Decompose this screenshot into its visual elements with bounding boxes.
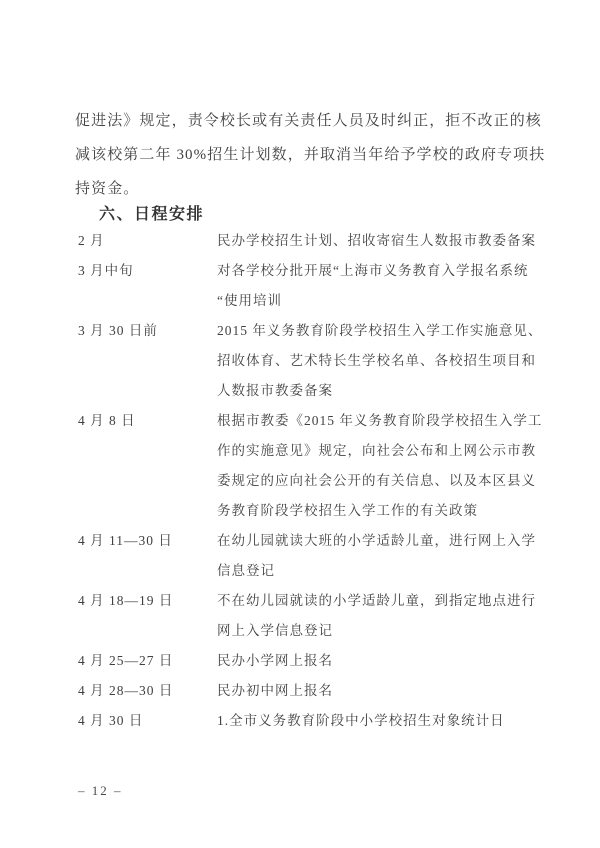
schedule-desc: 不在幼儿园就读的小学适龄儿童，到指定地点进行 网上入学信息登记 (217, 586, 536, 646)
schedule-desc-line: 信息登记 (217, 556, 536, 586)
schedule-desc-line: 2015 年义务教育阶段学校招生入学工作实施意见、 (217, 316, 542, 346)
schedule-desc-line: 作的实施意见》规定，向社会公布和上网公示市教 (217, 436, 542, 466)
schedule-row: 4 月 11—30 日 在幼儿园就读大班的小学适龄儿童，进行网上入学 信息登记 (78, 526, 533, 586)
schedule-date: 4 月 11—30 日 (78, 526, 217, 556)
schedule-desc-line: 民办初中网上报名 (217, 676, 533, 706)
schedule-desc: 民办小学网上报名 (217, 646, 533, 676)
schedule-date: 4 月 18—19 日 (78, 586, 217, 616)
schedule-desc-line: 务教育阶段学校招生入学工作的有关政策 (217, 496, 542, 526)
schedule-desc-line: 对各学校分批开展“上海市义务教育入学报名系统 (217, 256, 533, 286)
schedule-desc: 在幼儿园就读大班的小学适龄儿童，进行网上入学 信息登记 (217, 526, 536, 586)
schedule-desc-line: 不在幼儿园就读的小学适龄儿童，到指定地点进行 (217, 586, 536, 616)
schedule-date: 2 月 (78, 226, 217, 256)
schedule-desc-line: 1.全市义务教育阶段中小学校招生对象统计日 (217, 706, 533, 736)
body-paragraph: 促进法》规定，责令校长或有关责任人员及时纠正，拒不改正的核 减该校第二年 30%… (75, 104, 535, 206)
schedule-desc: 民办学校招生计划、招收寄宿生人数报市教委备案 (217, 226, 536, 256)
schedule-date: 3 月 30 日前 (78, 316, 217, 346)
schedule-row: 3 月中旬 对各学校分批开展“上海市义务教育入学报名系统 “使用培训 (78, 256, 533, 316)
schedule-desc: 根据市教委《2015 年义务教育阶段学校招生入学工 作的实施意见》规定，向社会公… (217, 406, 542, 526)
schedule-desc-line: 人数报市教委备案 (217, 376, 542, 406)
schedule-desc-line: 在幼儿园就读大班的小学适龄儿童，进行网上入学 (217, 526, 536, 556)
schedule-date: 4 月 8 日 (78, 406, 217, 436)
schedule-desc-line: “使用培训 (217, 286, 533, 316)
schedule-row: 4 月 30 日 1.全市义务教育阶段中小学校招生对象统计日 (78, 706, 533, 736)
schedule-row: 4 月 25—27 日 民办小学网上报名 (78, 646, 533, 676)
schedule-desc-line: 网上入学信息登记 (217, 616, 536, 646)
schedule-desc: 民办初中网上报名 (217, 676, 533, 706)
paragraph-line: 促进法》规定，责令校长或有关责任人员及时纠正，拒不改正的核 (75, 104, 535, 138)
schedule-date: 4 月 25—27 日 (78, 646, 217, 676)
schedule-desc-line: 委规定的应向社会公开的有关信息、以及本区县义 (217, 466, 542, 496)
schedule-desc: 1.全市义务教育阶段中小学校招生对象统计日 (217, 706, 533, 736)
document-page: 促进法》规定，责令校长或有关责任人员及时纠正，拒不改正的核 减该校第二年 30%… (0, 0, 600, 848)
schedule-date: 4 月 30 日 (78, 706, 217, 736)
schedule-date: 4 月 28—30 日 (78, 676, 217, 706)
paragraph-line: 减该校第二年 30%招生计划数，并取消当年给予学校的政府专项扶 (75, 138, 535, 172)
page-number: – 12 – (78, 783, 123, 799)
section-heading: 六、日程安排 (99, 201, 204, 224)
schedule-row: 4 月 18—19 日 不在幼儿园就读的小学适龄儿童，到指定地点进行 网上入学信… (78, 586, 533, 646)
schedule-row: 4 月 28—30 日 民办初中网上报名 (78, 676, 533, 706)
schedule-desc-line: 招收体育、艺术特长生学校名单、各校招生项目和 (217, 346, 542, 376)
schedule-desc-line: 民办学校招生计划、招收寄宿生人数报市教委备案 (217, 226, 536, 256)
schedule-desc: 对各学校分批开展“上海市义务教育入学报名系统 “使用培训 (217, 256, 533, 316)
schedule-list: 2 月 民办学校招生计划、招收寄宿生人数报市教委备案 3 月中旬 对各学校分批开… (78, 226, 533, 736)
schedule-desc-line: 根据市教委《2015 年义务教育阶段学校招生入学工 (217, 406, 542, 436)
schedule-desc: 2015 年义务教育阶段学校招生入学工作实施意见、 招收体育、艺术特长生学校名单… (217, 316, 542, 406)
schedule-row: 2 月 民办学校招生计划、招收寄宿生人数报市教委备案 (78, 226, 533, 256)
schedule-row: 4 月 8 日 根据市教委《2015 年义务教育阶段学校招生入学工 作的实施意见… (78, 406, 533, 526)
schedule-desc-line: 民办小学网上报名 (217, 646, 533, 676)
schedule-row: 3 月 30 日前 2015 年义务教育阶段学校招生入学工作实施意见、 招收体育… (78, 316, 533, 406)
schedule-date: 3 月中旬 (78, 256, 217, 286)
